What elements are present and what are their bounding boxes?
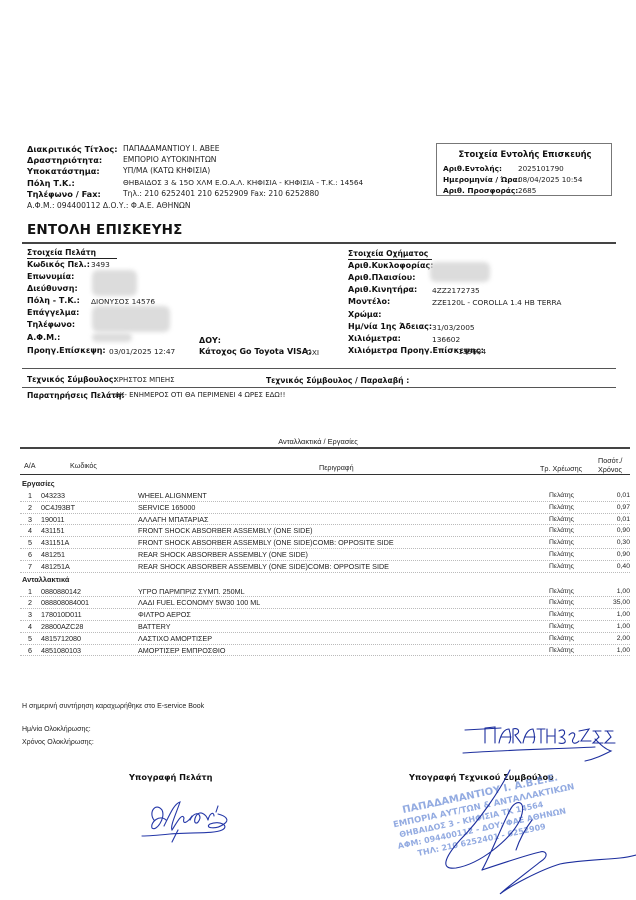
- row-separator: [20, 632, 630, 633]
- vehicle-heading: Στοιχεία Οχήματος: [348, 249, 428, 258]
- row-description: FRONT SHOCK ABSORBER ASSEMBLY (ONE SIDE): [138, 526, 313, 535]
- customer-code-value: 3493: [91, 260, 110, 269]
- go-toyota-visa-value: ΟΧΙ: [306, 348, 319, 357]
- row-code: 481251: [41, 550, 65, 559]
- row-description: BATTERY: [138, 622, 170, 631]
- company-branch-label: Υποκατάστημα:: [27, 166, 100, 176]
- advisor-divider: [22, 387, 616, 388]
- customer-profession-label: Επάγγελμα:: [27, 308, 79, 317]
- row-quantity: 0,40: [600, 563, 630, 570]
- row-code: 043233: [41, 491, 65, 500]
- document-title: ΕΝΤΟΛΗ ΕΠΙΣΚΕΥΗΣ: [27, 222, 183, 238]
- row-charge-type: Πελάτης: [549, 516, 574, 523]
- prev-visit-label: Προηγ.Επίσκεψη:: [27, 346, 106, 355]
- company-phone-label: Τηλέφωνο / Fax:: [27, 189, 101, 199]
- mileage-label: Χιλιόμετρα:: [348, 334, 401, 343]
- company-title-label: Διακριτικός Τίτλος:: [27, 144, 118, 154]
- row-separator: [20, 560, 630, 561]
- eservice-note: Η σημερινή συντήρηση καραχωρήθηκε στο E-…: [22, 703, 204, 710]
- row-code: 431151A: [41, 538, 69, 547]
- row-quantity: 1,00: [600, 588, 630, 595]
- row-separator: [20, 572, 630, 573]
- title-divider: [22, 242, 616, 244]
- row-quantity: 1,00: [600, 611, 630, 618]
- row-quantity: 0,01: [600, 492, 630, 499]
- model-label: Μοντέλο:: [348, 297, 390, 306]
- company-activity-label: Δραστηριότητα:: [27, 155, 102, 165]
- col-header-code: Κωδικός: [70, 461, 97, 470]
- col-header-time: Χρόνος: [598, 465, 622, 474]
- row-description: ΛΑΔΙ FUEL ECONOMY 5W30 100 ML: [138, 598, 260, 607]
- row-description: REAR SHOCK ABSORBER ASSEMBLY (ONE SIDE)C…: [138, 562, 389, 571]
- row-index: 6: [28, 646, 32, 655]
- order-number-value: 2025101790: [518, 164, 564, 173]
- row-code: 481251A: [41, 562, 70, 571]
- customer-city-value: ΔΙΟΝΥΣΟΣ 14576: [91, 297, 155, 306]
- company-tax-line: Α.Φ.Μ.: 094400112 Δ.Ο.Υ.: Φ.Α.Ε. ΑΘΗΝΩΝ: [27, 201, 191, 210]
- order-datetime-value: 08/04/2025 10:54: [518, 175, 582, 184]
- col-header-qty: Ποσότ./: [598, 456, 622, 465]
- row-description: SERVICE 165000: [138, 503, 195, 512]
- row-index: 4: [28, 526, 32, 535]
- row-index: 1: [28, 491, 32, 500]
- row-quantity: 0,01: [600, 516, 630, 523]
- company-city-label: Πόλη Τ.Κ.:: [27, 178, 75, 188]
- row-charge-type: Πελάτης: [549, 527, 574, 534]
- row-quantity: 0,90: [600, 551, 630, 558]
- row-quantity: 1,00: [600, 623, 630, 630]
- row-charge-type: Πελάτης: [549, 588, 574, 595]
- mileage-value: 136602: [432, 335, 460, 344]
- row-charge-type: Πελάτης: [549, 647, 574, 654]
- color-label: Χρώμα:: [348, 310, 381, 319]
- customer-name-label: Επωνυμία:: [27, 272, 74, 281]
- row-charge-type: Πελάτης: [549, 504, 574, 511]
- row-charge-type: Πελάτης: [549, 551, 574, 558]
- company-activity-value: ΕΜΠΟΡΙΟ ΑΥΤΟΚΙΝΗΤΩΝ: [123, 155, 216, 164]
- row-separator: [20, 655, 630, 656]
- order-info-box: Στοιχεία Εντολής Επισκευής Αριθ.Εντολής:…: [436, 143, 612, 196]
- row-charge-type: Πελάτης: [549, 563, 574, 570]
- completion-date-label: Ημ/νία Ολοκλήρωσης:: [22, 726, 91, 733]
- row-code: 0C4J93BT: [41, 503, 75, 512]
- row-code: 178010D011: [41, 610, 82, 619]
- col-header-description: Περιγραφή: [319, 463, 354, 472]
- first-license-date-label: Ημ/νία 1ης Άδειας:: [348, 322, 432, 331]
- row-index: 4: [28, 622, 32, 631]
- customer-heading-underline: [27, 258, 117, 259]
- table-section-label: Ανταλλακτικά: [22, 575, 69, 584]
- vehicle-heading-underline: [348, 259, 432, 260]
- row-separator: [20, 596, 630, 597]
- order-box-title: Στοιχεία Εντολής Επισκευής: [437, 149, 613, 159]
- advisor-receipt-label: Τεχνικός Σύμβουλος / Παραλαβή :: [266, 376, 409, 385]
- order-datetime-label: Ημερομηνία / Ώρα:: [443, 175, 521, 184]
- advisor-label: Τεχνικός Σύμβουλος:: [27, 375, 116, 384]
- company-branch-value: ΥΠ/ΜΑ (ΚΑΤΩ ΚΗΦΙΣΙΑ): [123, 166, 210, 175]
- row-charge-type: Πελάτης: [549, 492, 574, 499]
- row-separator: [20, 513, 630, 514]
- row-separator: [20, 501, 630, 502]
- row-quantity: 0,97: [600, 504, 630, 511]
- advisor-value: ΧΡΗΣΤΟΣ ΜΠΕΗΣ: [114, 376, 175, 384]
- col-header-aa: Α/Α: [24, 461, 36, 470]
- order-number-label: Αριθ.Εντολής:: [443, 164, 502, 173]
- row-index: 2: [28, 598, 32, 607]
- customer-city-label: Πόλη - Τ.Κ.:: [27, 296, 80, 305]
- row-quantity: 0,90: [600, 527, 630, 534]
- row-code: 431151: [41, 526, 64, 535]
- row-index: 3: [28, 610, 32, 619]
- first-license-date-value: 31/03/2005: [432, 323, 475, 332]
- company-city-value: ΘΗΒΑΙΔΟΣ 3 & 15Ο ΧΛΜ Ε.Ο.Α.Λ. ΚΗΦΙΣΙΑ - …: [123, 178, 363, 187]
- company-title-value: ΠΑΠΑΔΑΜΑΝΤΙΟΥ Ι. ΑΒΕΕ: [123, 144, 220, 153]
- row-code: 4851080103: [41, 646, 81, 655]
- redacted-customer-afm: [92, 333, 132, 342]
- row-description: REAR SHOCK ABSORBER ASSEMBLY (ONE SIDE): [138, 550, 308, 559]
- row-index: 1: [28, 587, 32, 596]
- prev-visit-value: 03/01/2025 12:47: [109, 347, 175, 356]
- row-description: WHEEL ALIGNMENT: [138, 491, 207, 500]
- row-separator: [20, 608, 630, 609]
- row-index: 7: [28, 562, 32, 571]
- row-separator: [20, 548, 630, 549]
- row-code: 4815712080: [41, 634, 81, 643]
- prev-visit-mileage-value: 135634: [458, 347, 486, 356]
- row-separator: [20, 524, 630, 525]
- row-code: 088808084001: [41, 598, 89, 607]
- row-description: ΑΛΛΑΓΗ ΜΠΑΤΑΡΙΑΣ: [138, 515, 208, 524]
- row-index: 5: [28, 538, 32, 547]
- offer-number-value: 2685: [518, 186, 536, 195]
- row-code: 190011: [41, 515, 64, 524]
- engine-number-label: Αριθ.Κινητήρα:: [348, 285, 417, 294]
- row-code: 0880880142: [41, 587, 81, 596]
- company-phone-value: Τηλ.: 210 6252401 210 6252909 Fax: 210 6…: [123, 189, 319, 198]
- model-value: ZZE120L - COROLLA 1.4 HB TERRA: [432, 298, 561, 307]
- row-index: 2: [28, 503, 32, 512]
- row-separator: [20, 536, 630, 537]
- row-index: 6: [28, 550, 32, 559]
- row-quantity: 1,00: [600, 647, 630, 654]
- row-description: FRONT SHOCK ABSORBER ASSEMBLY (ONE SIDE)…: [138, 538, 394, 547]
- row-index: 3: [28, 515, 32, 524]
- items-table-header-rule: [20, 474, 630, 475]
- redacted-customer-name-address: [92, 270, 137, 296]
- row-quantity: 35,00: [600, 599, 630, 606]
- redacted-customer-profession-phone: [92, 306, 170, 332]
- plate-number-label: Αριθ.Κυκλοφορίας:: [348, 261, 433, 270]
- row-charge-type: Πελάτης: [549, 635, 574, 642]
- row-charge-type: Πελάτης: [549, 599, 574, 606]
- items-table-title: Ανταλλακτικά / Εργασίες: [0, 437, 636, 446]
- customer-doy-label: ΔΟΥ:: [199, 336, 221, 345]
- redacted-plate-chassis: [430, 262, 490, 282]
- completion-time-label: Χρόνος Ολοκλήρωσης:: [22, 739, 94, 746]
- remarks-label: Παρατηρήσεις Πελάτη:: [27, 391, 124, 400]
- customer-afm-label: Α.Φ.Μ.:: [27, 333, 60, 342]
- items-table-top-rule: [20, 447, 630, 449]
- row-quantity: 2,00: [600, 635, 630, 642]
- row-charge-type: Πελάτης: [549, 539, 574, 546]
- row-code: 28800AZC28: [41, 622, 83, 631]
- customer-signature-label: Υπογραφή Πελάτη: [129, 772, 212, 782]
- customer-heading: Στοιχεία Πελάτη: [27, 248, 96, 257]
- row-quantity: 0,30: [600, 539, 630, 546]
- row-charge-type: Πελάτης: [549, 623, 574, 630]
- row-description: ΥΓΡΟ ΠΑΡΜΠΡΙΖ ΣΥΜΠ. 250ML: [138, 587, 245, 596]
- customer-phone-label: Τηλέφωνο:: [27, 320, 75, 329]
- go-toyota-visa-label: Κάτοχος Go Toyota VISA:: [199, 347, 311, 356]
- advisor-handwritten-name-icon: [455, 715, 625, 765]
- engine-number-value: 4ZZ2172735: [432, 286, 480, 295]
- remarks-value: ΔΚ- ΕΝΗΜΕΡΟΣ ΟΤΙ ΘΑ ΠΕΡΙΜΕΝΕΙ 4 ΩΡΕΣ ΕΔΩ…: [115, 391, 285, 399]
- customer-signature-icon: [130, 790, 280, 850]
- row-separator: [20, 644, 630, 645]
- row-charge-type: Πελάτης: [549, 611, 574, 618]
- row-description: ΛΑΣΤΙΧΟ ΑΜΟΡΤΙΣΕΡ: [138, 634, 212, 643]
- row-separator: [20, 620, 630, 621]
- offer-number-label: Αριθ. Προσφοράς:: [443, 186, 518, 195]
- advisor-signature-icon: [420, 760, 636, 900]
- table-section-label: Εργασίες: [22, 479, 55, 488]
- row-description: ΑΜΟΡΤΙΣΕΡ ΕΜΠΡΟΣΘΙΟ: [138, 646, 225, 655]
- customer-address-label: Διεύθυνση:: [27, 284, 78, 293]
- chassis-number-label: Αριθ.Πλαισίου:: [348, 273, 415, 282]
- col-header-charge-type: Τρ. Χρέωσης: [540, 464, 582, 473]
- row-description: ΦΙΛΤΡΟ ΑΕΡΟΣ: [138, 610, 191, 619]
- customer-vehicle-divider: [22, 368, 616, 369]
- customer-code-label: Κωδικός Πελ.:: [27, 260, 90, 269]
- row-index: 5: [28, 634, 32, 643]
